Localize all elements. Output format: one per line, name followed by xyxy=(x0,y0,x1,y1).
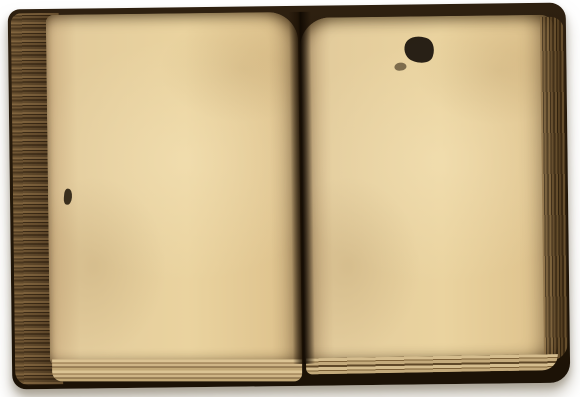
book-gutter-shadow xyxy=(289,12,315,364)
left-page xyxy=(46,12,302,365)
foxing-specks xyxy=(8,3,566,10)
left-page-stack-bottom-edge xyxy=(52,359,302,381)
right-page xyxy=(300,15,558,364)
right-page-stack-bottom-edge xyxy=(306,354,558,374)
right-page-block-edge xyxy=(540,17,568,361)
open-book xyxy=(8,3,571,390)
book-photograph xyxy=(0,0,580,397)
